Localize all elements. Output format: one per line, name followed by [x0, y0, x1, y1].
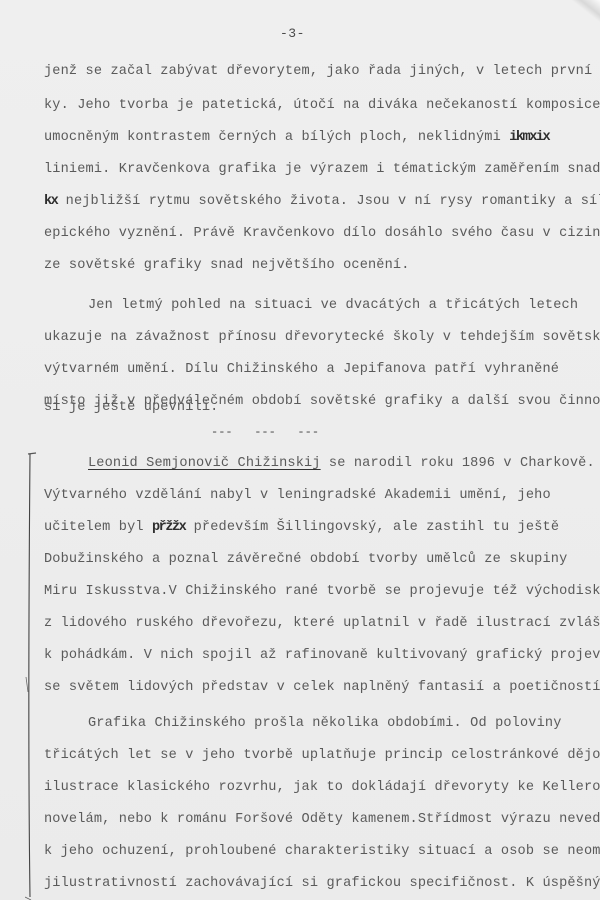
text-line: si je ještě upevnili. [44, 400, 218, 415]
text-line: Jen letmý pohled na situaci ve dvacátých… [88, 298, 578, 313]
text-line: novelám, nebo k románu Foršové Oděty kam… [44, 812, 600, 827]
text-segment: se narodil roku 1896 v Charkově. [321, 456, 595, 471]
text-line: kx nejbližší rytmu sovětského života. Js… [44, 194, 600, 209]
struck-out-text: ikmxix [509, 130, 549, 145]
text-segment: především Šillingovský, ale zastihl tu j… [185, 520, 559, 535]
text-line: epického vyznění. Právě Kravčenkovo dílo… [44, 226, 600, 241]
text-segment: učitelem byl [44, 520, 152, 535]
text-line: z lidového ruského dřevořezu, které upla… [44, 616, 600, 631]
text-line: třicátých let se v jeho tvorbě uplatňuje… [44, 748, 600, 763]
text-line: jilustrativností zachovávající si grafic… [44, 876, 600, 891]
text-line: liniemi. Kravčenkova grafika je výrazem … [44, 162, 600, 177]
text-line: k jeho ochuzení, prohloubené charakteris… [44, 844, 600, 859]
text-line: jenž se začal zabývat dřevorytem, jako ř… [44, 64, 600, 79]
margin-bracket-mark [25, 452, 37, 900]
text-line: umocněným kontrastem černých a bílých pl… [44, 130, 549, 145]
struck-out-text: kx [44, 194, 57, 209]
struck-out-text: přžžx [152, 520, 185, 535]
text-line: Leonid Semjonovič Chižinskij se narodil … [88, 456, 595, 471]
text-line: Miru Iskusstva.V Chižinského rané tvorbě… [44, 584, 600, 599]
text-line: Dobužinského a poznal závěrečné období t… [44, 552, 567, 567]
text-line: učitelem byl přžžx především Šillingovsk… [44, 520, 559, 535]
text-line: ky. Jeho tvorba je patetická, útočí na d… [44, 98, 600, 113]
text-line: se světem lidových představ v celek napl… [44, 680, 600, 695]
paper-corner-fold [555, 0, 600, 28]
typewritten-page: -3- jenž se začal zabývat dřevorytem, ja… [0, 0, 600, 900]
text-line: Výtvarného vzdělání nabyl v leningradské… [44, 488, 551, 503]
text-line: výtvarném umění. Dílu Chižinského a Jepi… [44, 362, 559, 377]
text-line: ukazuje na závažnost přínosu dřevoryteck… [44, 330, 600, 345]
section-separator: --- --- --- [211, 425, 319, 439]
text-line: ilustrace klasického rozvrhu, jak to dok… [44, 780, 600, 795]
text-line: Grafika Chižinského prošla několika obdo… [88, 716, 562, 731]
text-segment: umocněným kontrastem černých a bílých pl… [44, 130, 509, 145]
underlined-name: Leonid Semjonovič Chižinskij [88, 456, 321, 471]
text-line: k pohádkám. V nich spojil až rafinovaně … [44, 648, 600, 663]
page-number: -3- [280, 26, 305, 41]
text-segment: nejbližší rytmu sovětského života. Jsou … [57, 194, 600, 209]
text-line: ze sovětské grafiky snad největšího ocen… [44, 258, 410, 273]
